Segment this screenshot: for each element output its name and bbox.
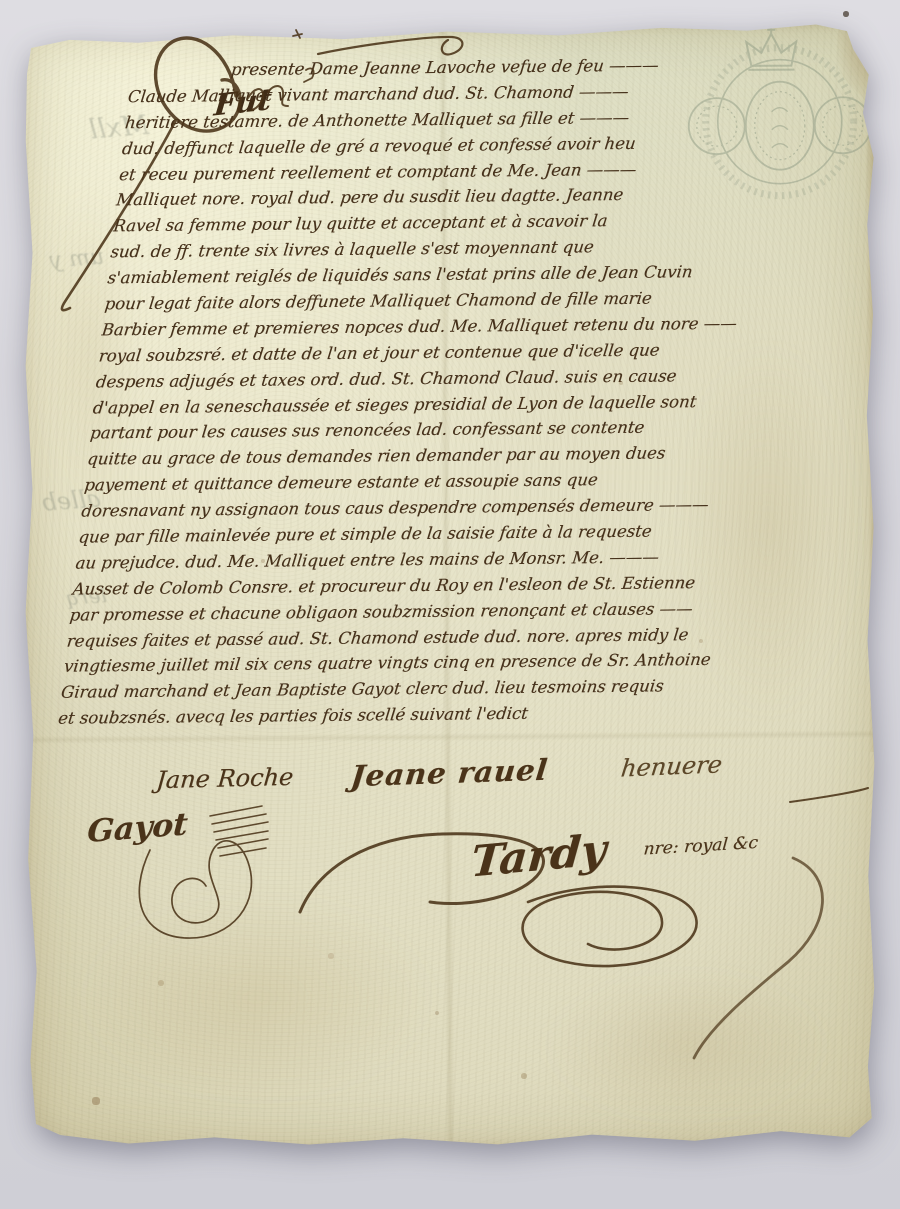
photograph-of-manuscript: Mxll alleb um y lerq Fut presente Dame J… (0, 0, 900, 1209)
age-stain (76, 890, 438, 1106)
signature-jane-roche: Jane Roche (155, 763, 294, 794)
notary-title-text: nre: royal &c (643, 833, 759, 860)
manuscript-text-body: presente Dame Jeanne Lavoche vefue de fe… (57, 51, 857, 732)
signature-gayot: Gayot (86, 806, 189, 850)
verso-showthrough-mark: um y (49, 245, 105, 274)
signature-henuere: henuere (619, 750, 723, 782)
right-deckle-edge-shading (865, 135, 881, 752)
signature-tardy: Tardy (469, 825, 608, 887)
age-stain (539, 966, 832, 1125)
paper-shadow-wrap: Mxll alleb um y lerq Fut presente Dame J… (0, 0, 900, 1209)
manuscript-page: Mxll alleb um y lerq Fut presente Dame J… (18, 23, 884, 1151)
signature-jeane-rauel: Jeane rauel (349, 753, 549, 794)
horizontal-fold-crease (23, 730, 881, 744)
